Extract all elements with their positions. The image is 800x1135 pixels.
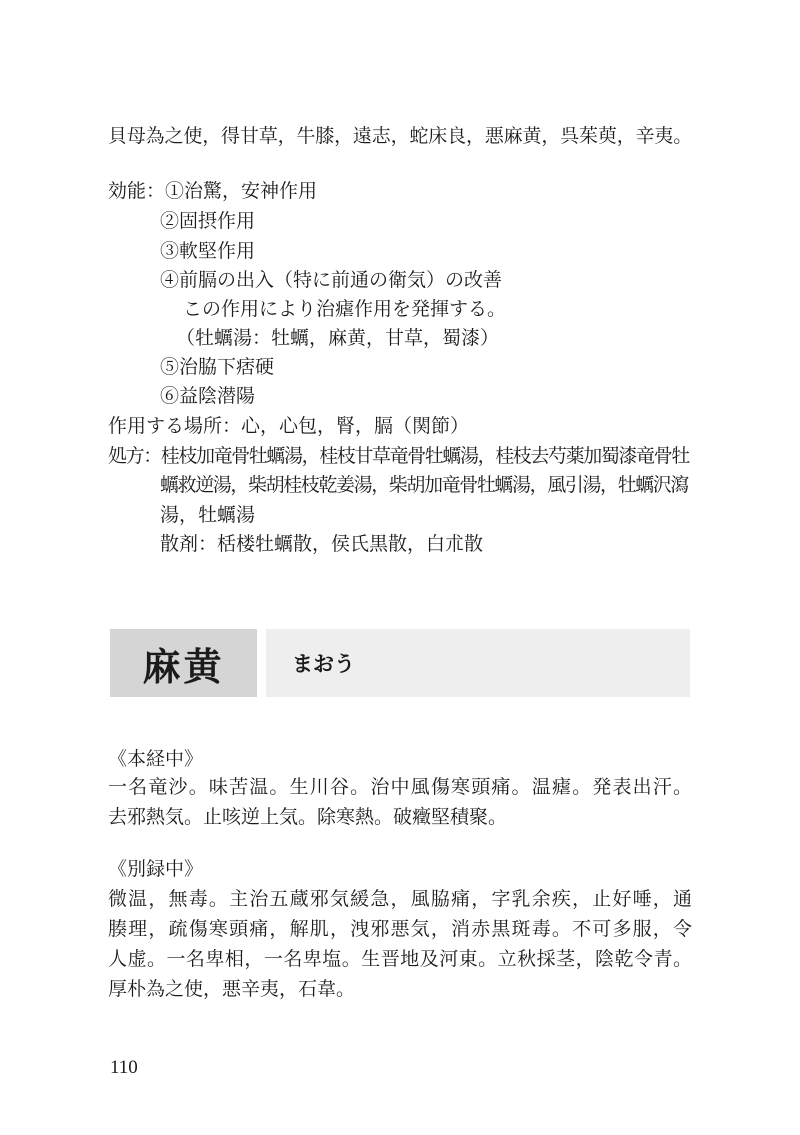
efficacy-item-2: ②固摂作用 <box>160 207 255 237</box>
betsuroku-line-4: 厚朴為之使，悪辛夷，石韋。 <box>108 975 355 1005</box>
efficacy-item-1: ①治驚，安神作用 <box>165 181 317 202</box>
entry-header-band: 麻黄 まおう <box>0 629 800 697</box>
efficacy-line-1: 効能：①治驚，安神作用 <box>108 177 317 207</box>
honkyo-heading: 《本経中》 <box>108 745 203 775</box>
action-site-line: 作用する場所：心，心包，腎，膈（関節） <box>108 412 469 442</box>
prescription-line-3: 湯，牡蠣湯 <box>160 501 255 531</box>
book-page: { "page_number": "110", "oyster_section"… <box>0 0 800 1135</box>
betsuroku-line-1: 微温，無毒。主治五蔵邪気緩急，風脇痛，字乳余疾，止好唾，通 <box>108 885 692 915</box>
efficacy-item-6: ⑥益陰潜陽 <box>160 382 255 412</box>
powder-prescription-line: 散剤：栝楼牡蠣散，侯氏黒散，白朮散 <box>160 530 483 560</box>
page-number: 110 <box>110 1053 138 1083</box>
companion-herbs-line: 貝母為之使，得甘草，牛膝，遠志，蛇床良，悪麻黄，呉茱萸，辛夷。 <box>108 122 692 152</box>
efficacy-item-5: ⑤治脇下痞硬 <box>160 353 274 383</box>
efficacy-label: 効能： <box>108 181 165 202</box>
efficacy-item-3: ③軟堅作用 <box>160 237 255 267</box>
efficacy-item-4: ④前膈の出入（特に前通の衛気）の改善 <box>160 266 502 296</box>
entry-name: 麻黄 <box>142 636 224 691</box>
honkyo-line-2: 去邪熱気。止咳逆上気。除寒熱。破癥堅積聚。 <box>108 803 507 833</box>
betsuroku-line-2: 腠理，疏傷寒頭痛，解肌，洩邪悪気，消赤黒斑毒。不可多服，令 <box>108 915 692 945</box>
honkyo-line-1: 一名竜沙。味苦温。生川谷。治中風傷寒頭痛。温瘧。発表出汗。 <box>108 773 692 803</box>
prescription-line-2: 蠣救逆湯，柴胡桂枝乾姜湯，柴胡加竜骨牡蠣湯，風引湯，牡蠣沢瀉 <box>160 471 692 501</box>
betsuroku-heading: 《別録中》 <box>108 855 203 885</box>
efficacy-example: （牡蠣湯：牡蠣，麻黄，甘草，蜀漆） <box>176 324 499 354</box>
betsuroku-line-3: 人虚。一名卑相，一名卑塩。生晋地及河東。立秋採茎，陰乾令青。 <box>108 945 692 975</box>
entry-reading-box: まおう <box>266 629 690 697</box>
efficacy-note: この作用により治瘧作用を発揮する。 <box>183 295 506 325</box>
entry-reading: まおう <box>292 648 355 678</box>
entry-name-box: 麻黄 <box>110 629 257 697</box>
prescription-line-1: 処方：桂枝加竜骨牡蠣湯，桂枝甘草竜骨牡蠣湯，桂枝去芍薬加蜀漆竜骨牡 <box>108 442 692 472</box>
